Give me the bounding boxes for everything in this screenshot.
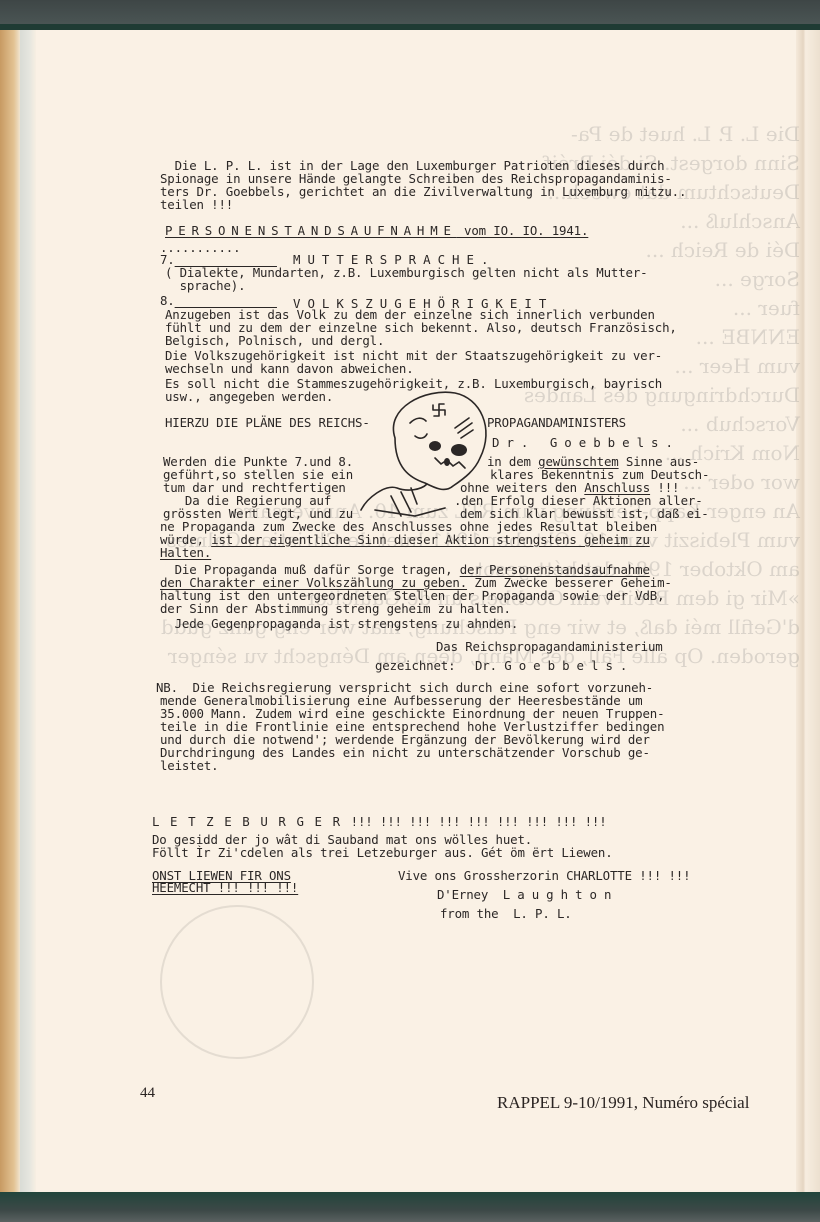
letzeburger-title: LETZEBURGER!!! !!! !!! !!! !!! !!! !!! !…	[152, 815, 607, 829]
plans-left: HIERZU DIE PLÄNE DES REICHS-	[165, 416, 370, 430]
closing-name: D'Erney Laughton	[437, 888, 618, 902]
propaganda-line: Halten.	[160, 546, 211, 560]
luxembourgish-line: Föllt Ìr Zi'cdelen als trei Letzeburger …	[152, 846, 613, 860]
signature-name: Dr. Goebbels.	[475, 659, 634, 673]
item8-text: Belgisch, Polnisch, und dergl.	[165, 334, 384, 348]
item8-text: wechseln und kann davon abweichen.	[165, 362, 414, 376]
typewritten-document: Die L. P. L. ist in der Lage den Luxembu…	[0, 0, 820, 1222]
signature-org: Das Reichspropagandaministerium	[436, 640, 663, 654]
nb-line: leistet.	[160, 759, 218, 773]
running-title: RAPPEL 9-10/1991, Numéro spécial	[497, 1093, 749, 1113]
plans-right: PROPAGANDAMINISTERS	[487, 416, 626, 430]
vive-line: Vive ons Grossherzorin CHARLOTTE !!! !!!	[398, 869, 690, 883]
intro-line: ters Dr. Goebbels, gerichtet an die Zivi…	[160, 185, 686, 199]
item7-text: sprache).	[165, 279, 245, 293]
nb-line: Durchdringung des Landes ein nicht zu un…	[160, 746, 650, 760]
skull-swastika-drawing-icon	[355, 388, 495, 523]
plans-name: Dr. Goebbels.	[492, 436, 680, 450]
item8-text: usw., angegeben werden.	[165, 390, 333, 404]
closing-from: from the L. P. L.	[440, 907, 572, 921]
propaganda-line: würde, ist der eigentliche Sinn dieser A…	[160, 533, 650, 547]
intro-line: teilen !!!	[160, 198, 233, 212]
sorge-line: Jede Gegenpropaganda ist strengstens zu …	[160, 617, 518, 631]
page-number: 44	[140, 1085, 155, 1102]
item8-number: 8.	[160, 294, 277, 308]
sorge-line: der Sinn der Abstimmung streng geheim zu…	[160, 602, 511, 616]
document-heading: PERSONENSTANDSAUFNAHME vom IO. IO. 1941.	[165, 224, 588, 238]
heemecht: HEEMECHT !!! !!! !!!	[152, 881, 298, 895]
signature-label: gezeichnet:	[375, 659, 455, 673]
